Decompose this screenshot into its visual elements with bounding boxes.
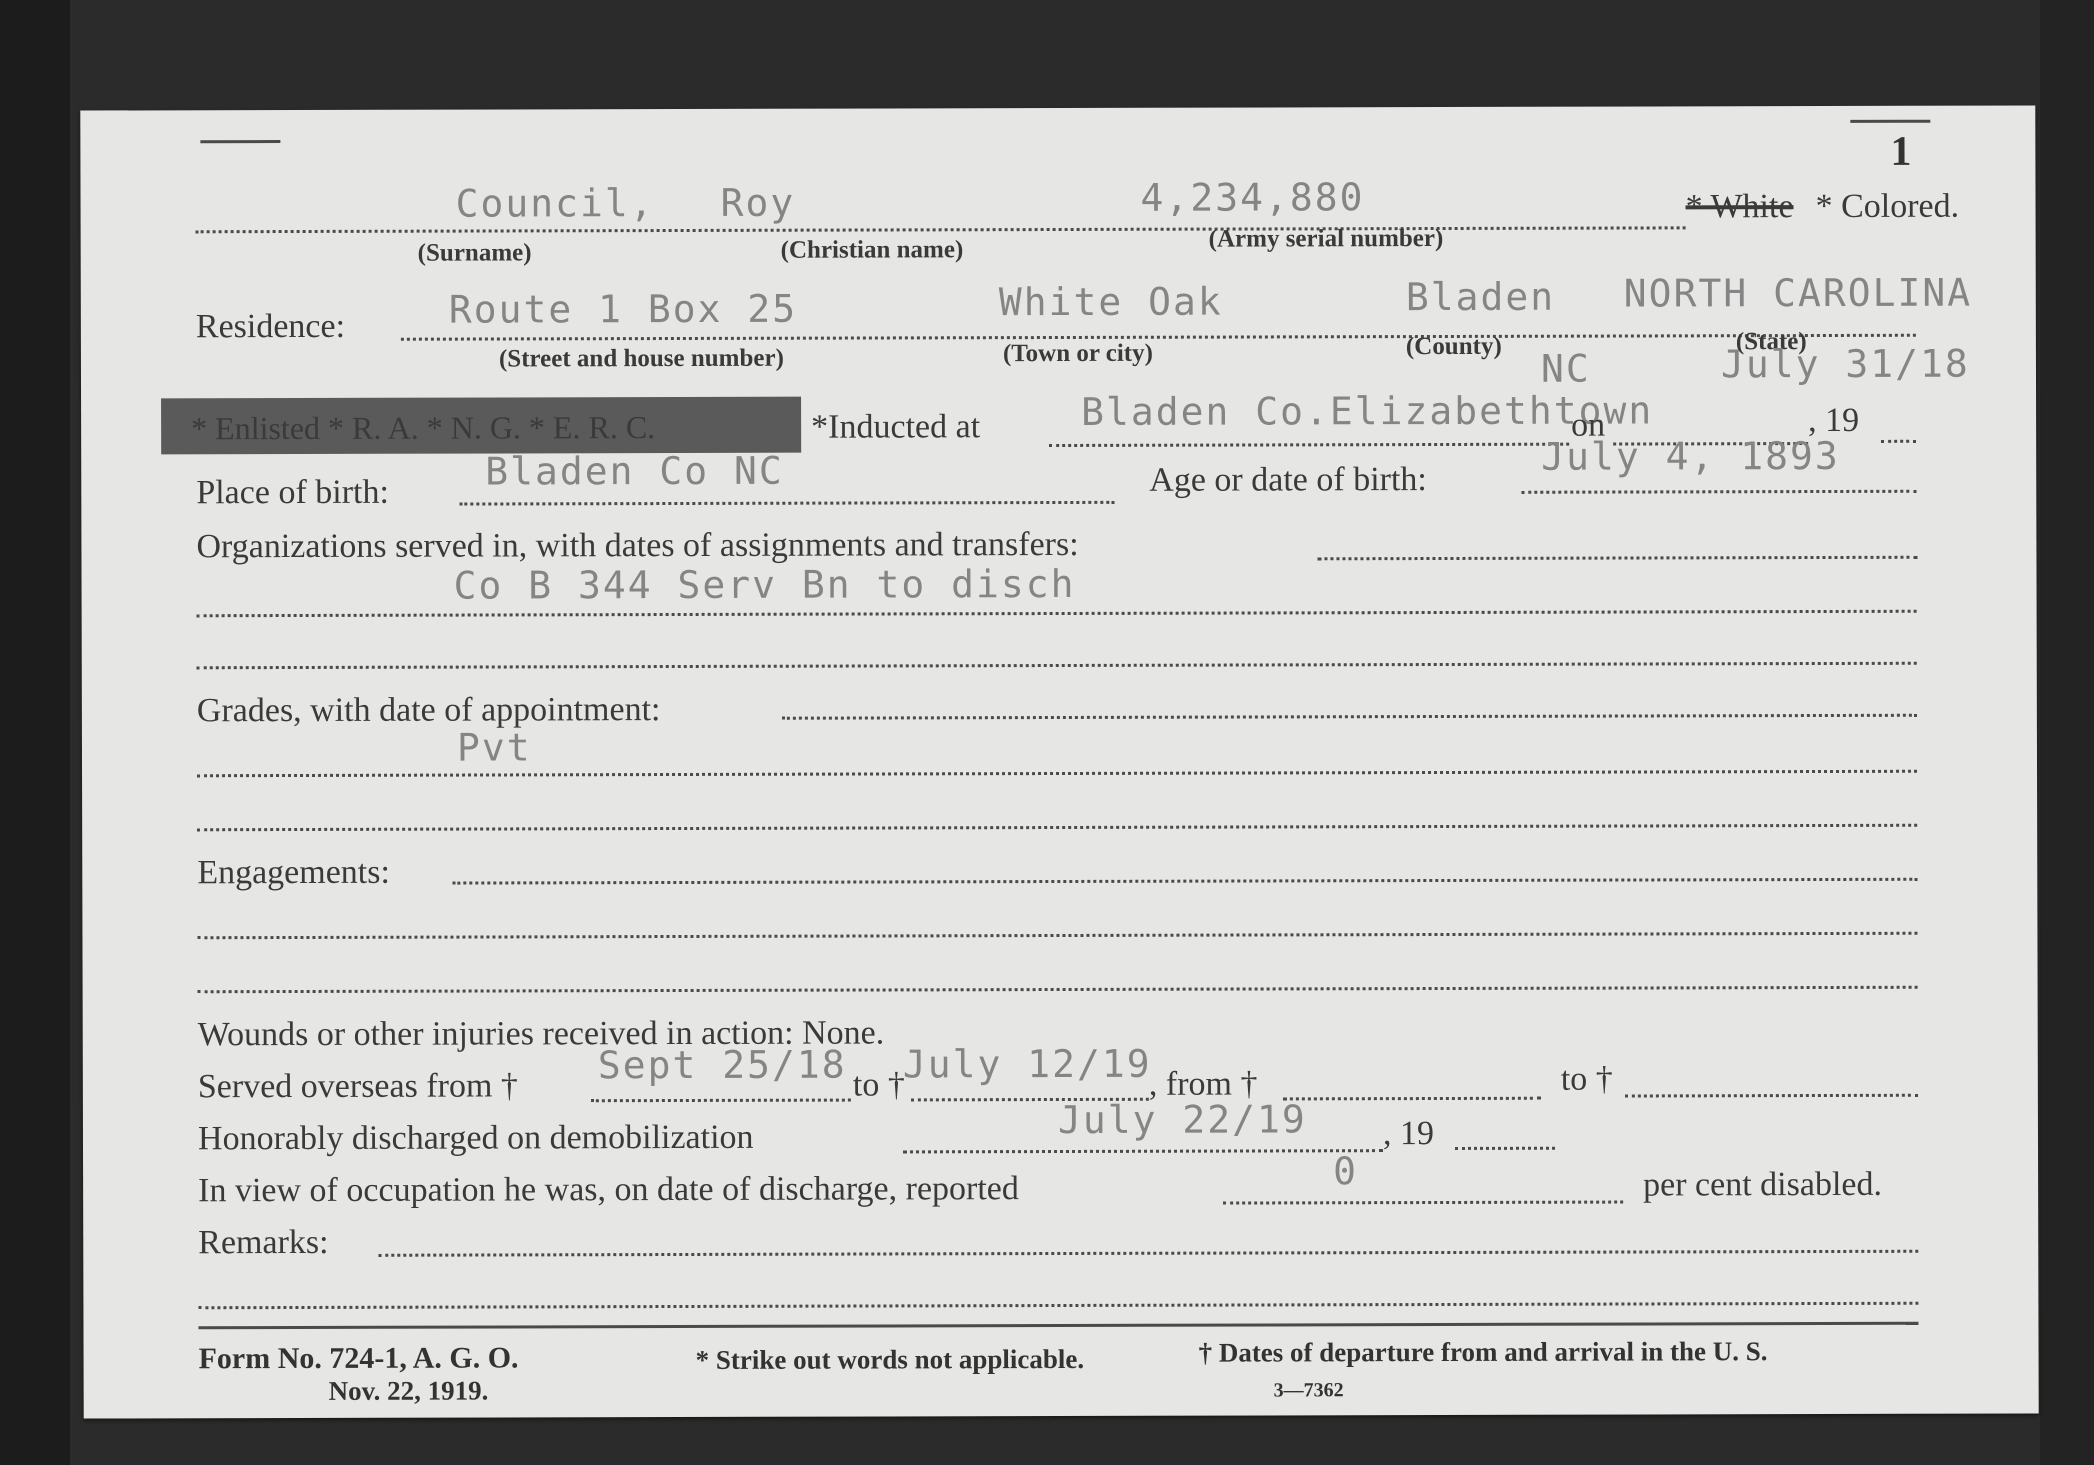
organizations-line-2	[197, 610, 1917, 618]
discharge-label: Honorably discharged on demobilization	[198, 1119, 754, 1158]
surname-label: (Surname)	[418, 239, 532, 267]
form-date: Nov. 22, 1919.	[329, 1375, 489, 1406]
enlisted-options: * Enlisted * R. A. * N. G. * E. R. C.	[191, 409, 655, 447]
town-value: White Oak	[999, 280, 1223, 325]
place-of-birth-value: Bladen Co NC	[485, 449, 784, 494]
town-label: (Town or city)	[1003, 340, 1153, 368]
serial-number-value: 4,234,880	[1140, 175, 1364, 220]
disability-label: In view of occupation he was, on date of…	[198, 1170, 1019, 1210]
induction-date-value: July 31/18	[1721, 342, 1970, 387]
dates-note: † Dates of departure from and arrival in…	[1199, 1336, 1768, 1368]
overseas-from2-line	[1283, 1097, 1541, 1101]
residence-label: Residence:	[196, 308, 345, 346]
remarks-line-1	[378, 1250, 1918, 1257]
inducted-place-value: Bladen Co.Elizabethtown	[1081, 388, 1653, 433]
engagements-label: Engagements:	[197, 854, 390, 893]
place-of-birth-label: Place of birth:	[196, 474, 389, 513]
grades-line-1	[782, 714, 1917, 720]
street-value: Route 1 Box 25	[449, 287, 797, 332]
county-value: Bladen	[1406, 275, 1555, 319]
disability-value: 0	[1333, 1149, 1358, 1193]
organizations-value: Co B 344 Serv Bn to disch	[453, 562, 1075, 608]
corner-mark-right	[1850, 120, 1930, 123]
engagements-line-3	[198, 986, 1918, 994]
footer-divider	[198, 1322, 1918, 1330]
grades-line-3	[197, 824, 1917, 832]
county-label: (County)	[1406, 333, 1502, 361]
organizations-line-1	[1317, 556, 1917, 561]
christian-name-label: (Christian name)	[781, 236, 964, 264]
overseas-to2-label: to †	[1561, 1061, 1613, 1099]
remarks-label: Remarks:	[198, 1224, 328, 1262]
overseas-to-date: July 12/19	[903, 1042, 1152, 1087]
inducted-place-extra: NC	[1541, 347, 1591, 391]
card-number: 1	[1890, 128, 1911, 176]
scanner-background-right	[2040, 0, 2094, 1465]
strike-out-note: * Strike out words not applicable.	[696, 1344, 1085, 1376]
state-value: NORTH CAROLINA	[1624, 271, 1972, 316]
overseas-to-label: to †	[853, 1066, 905, 1104]
grades-line-2	[197, 770, 1917, 778]
race-white-option: * White	[1686, 188, 1794, 226]
date-of-birth-label: Age or date of birth:	[1149, 461, 1427, 500]
organizations-line-3	[197, 662, 1917, 670]
print-code: 3—7362	[1274, 1379, 1344, 1402]
engagements-line-2	[197, 932, 1917, 940]
discharge-line	[903, 1149, 1383, 1153]
corner-mark-left	[200, 140, 280, 143]
disability-line	[1223, 1201, 1623, 1205]
remarks-line-2	[198, 1302, 1918, 1310]
date-of-birth-value: July 4, 1893	[1541, 434, 1840, 479]
name-line	[196, 226, 1686, 233]
engagements-line-1	[452, 878, 1917, 885]
race-colored-option: * Colored.	[1815, 188, 1959, 226]
service-record-card: 1 Council, Roy 4,234,880 * White * Color…	[80, 105, 2038, 1418]
discharge-year-line	[1455, 1147, 1555, 1150]
date-of-birth-line	[1521, 490, 1916, 494]
inducted-at-label: *Inducted at	[811, 408, 980, 446]
overseas-from-line	[591, 1099, 851, 1103]
form-number: Form No. 724-1, A. G. O.	[199, 1341, 519, 1376]
grades-value: Pvt	[457, 725, 532, 769]
scanner-background-left	[0, 0, 70, 1465]
overseas-from-date: Sept 25/18	[598, 1043, 847, 1088]
overseas-from-label: Served overseas from †	[198, 1067, 518, 1106]
grades-label: Grades, with date of appointment:	[197, 691, 661, 730]
christian-name-value: Roy	[720, 181, 795, 225]
inducted-place-line	[1049, 443, 1569, 447]
overseas-to2-line	[1625, 1094, 1918, 1098]
surname-value: Council,	[455, 181, 654, 226]
place-of-birth-line	[459, 501, 1114, 506]
organizations-label: Organizations served in, with dates of a…	[196, 526, 1078, 566]
induction-year-line	[1881, 440, 1916, 443]
disability-suffix: per cent disabled.	[1643, 1166, 1882, 1205]
serial-number-label: (Army serial number)	[1209, 225, 1444, 254]
street-label: (Street and house number)	[499, 345, 784, 374]
discharge-date: July 22/19	[1058, 1097, 1307, 1142]
residence-line	[401, 334, 1916, 341]
discharge-year-suffix: , 19	[1383, 1115, 1434, 1153]
